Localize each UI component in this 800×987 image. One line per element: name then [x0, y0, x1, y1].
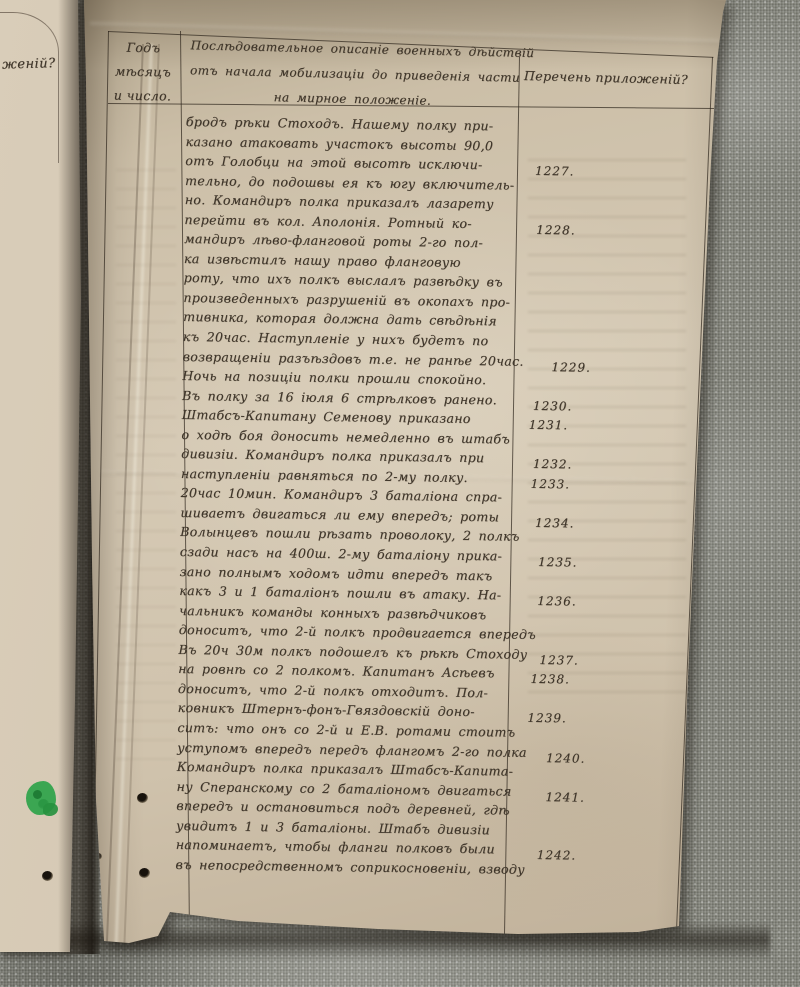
- appendix-number: [497, 318, 693, 321]
- journal-page: Годъ мѣсяцъ и число. Послѣдовательное оп…: [0, 0, 800, 987]
- appendix-number: [499, 201, 695, 204]
- appendix-number: 1242.: [495, 846, 686, 868]
- appendix-number: 1231.: [501, 416, 692, 438]
- journal-photo: женій?: [0, 0, 800, 987]
- appendix-number: 1228.: [494, 220, 694, 242]
- appendix-number: [503, 279, 694, 282]
- journal-line-text: въ непосредственномъ соприкосновеніи, вз…: [175, 855, 508, 879]
- appendix-number: 1239.: [491, 709, 687, 731]
- date-column-header-line: Годъ: [104, 35, 182, 60]
- appendix-number: [490, 826, 686, 829]
- appendix-number: 1230.: [497, 396, 692, 418]
- appendix-number: 1234.: [499, 513, 690, 535]
- appendix-number: 1241.: [509, 787, 686, 809]
- journal-page-paper: Годъ мѣсяцъ и число. Послѣдовательное оп…: [0, 0, 800, 987]
- ink-bleed-through: [116, 160, 176, 760]
- punch-hole: [139, 868, 150, 878]
- appendix-number: [500, 122, 696, 125]
- date-column-header: Годъ мѣсяцъ и число.: [103, 35, 182, 108]
- entry-text-block: бродъ рѣки Стоходъ. Нашему полку при-каз…: [175, 112, 696, 881]
- appendix-number: 1229.: [515, 357, 692, 379]
- appendix-column-header: Перечень приложеній?: [516, 68, 696, 87]
- appendix-number: 1238.: [494, 670, 688, 692]
- appendix-number: 1227.: [499, 161, 695, 183]
- punch-hole: [95, 853, 102, 860]
- appendix-number: 1237.: [511, 650, 688, 672]
- appendix-number: [495, 142, 695, 145]
- punch-hole: [137, 793, 148, 803]
- date-column-header-line: и число.: [103, 83, 181, 108]
- appendix-number: 1236.: [501, 592, 689, 614]
- appendix-number: [512, 631, 689, 633]
- appendix-number: 1233.: [494, 474, 690, 496]
- description-column-header: Послѣдовательное описаніе военныхъ дѣйст…: [189, 33, 517, 115]
- appendix-number: [502, 337, 693, 340]
- appendix-number: [510, 298, 693, 301]
- date-column-header-line: мѣсяцъ: [104, 59, 182, 84]
- appendix-number: [503, 259, 694, 262]
- appendix-number: 1235.: [502, 552, 690, 574]
- appendix-number: 1240.: [510, 748, 687, 770]
